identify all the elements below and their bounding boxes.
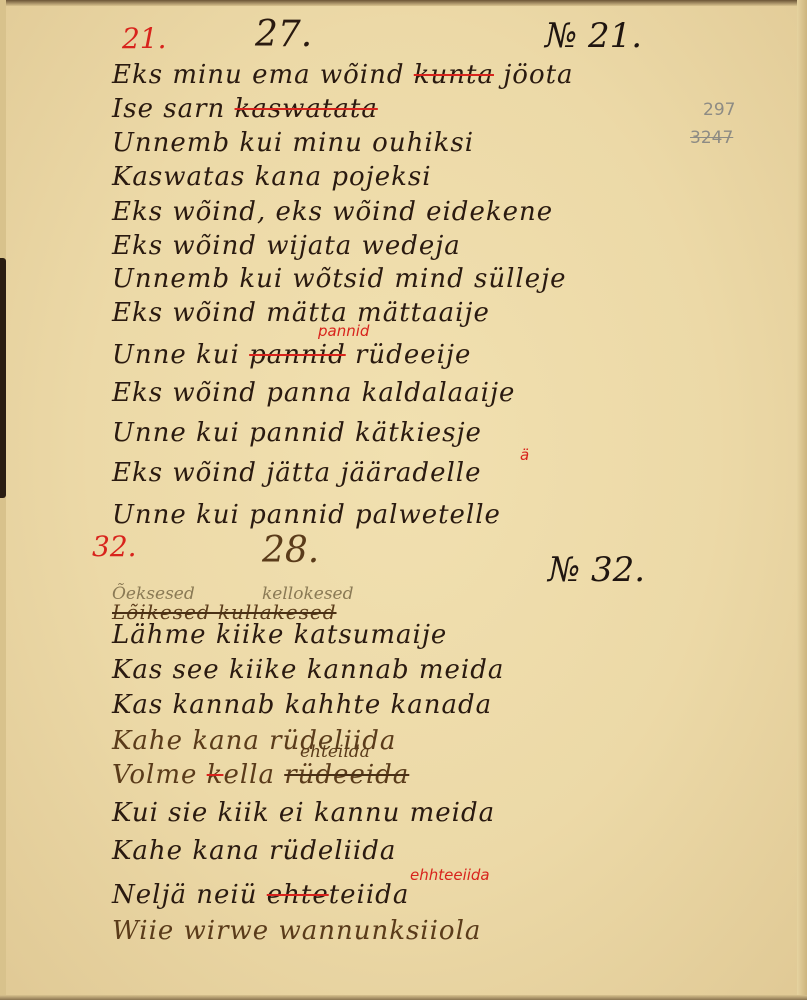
line-text: Kahe kana — [112, 726, 260, 756]
struck-word: pannid — [249, 340, 346, 370]
struck-word: ehte — [267, 880, 329, 910]
section-2-red-number: 32. — [92, 530, 137, 563]
archive-old-number: 3247 — [690, 128, 733, 148]
line-tail: ouhiksi — [372, 128, 474, 158]
poem-line: Wiie wirwe wannunksiiola — [112, 916, 481, 946]
archive-page-number: 297 — [703, 100, 735, 120]
line-tail: ella — [223, 760, 275, 790]
poem-line: Kaswatas kana pojeksi — [112, 162, 432, 192]
poem-line: Lähme kiike katsumaije — [112, 620, 447, 650]
page-left-edge — [0, 0, 6, 1000]
line-text: Neljä — [112, 880, 187, 910]
line-tail: teiida — [329, 880, 410, 910]
poem-line: Unnemb kui minu ouhiksi — [112, 128, 474, 158]
poem-line: Unne kui pannid rüdeeije — [112, 340, 471, 370]
line-text: Unne kui — [112, 340, 240, 370]
binding-shadow — [0, 258, 6, 498]
red-correction: ä — [520, 446, 529, 464]
poem-line: Ise sarn kaswatata — [112, 94, 378, 124]
line-text: Ise sarn — [112, 94, 225, 124]
poem-line: Neljä neiü ehteteiida — [112, 880, 409, 910]
line-tail: kaswatata — [235, 94, 378, 124]
poem-line: Eks wõind jätta jääradelle — [112, 458, 481, 488]
poem-line: Eks wõind wijata wedeja — [112, 231, 461, 261]
poem-line: Kas see kiike kannab meida — [112, 655, 504, 685]
red-correction: ehhteeiida — [410, 866, 490, 884]
line-tail: rüdeeije — [355, 340, 471, 370]
struck-word: rüdeeida — [284, 760, 409, 790]
poem-line: Unne kui pannid palwetelle — [112, 500, 501, 530]
section-1-red-number: 21. — [122, 22, 167, 55]
line-text: Eks minu ema wõind — [112, 60, 405, 90]
page-right-edge — [797, 0, 807, 1000]
poem-line: Unne kui pannid kätkiesje — [112, 418, 482, 448]
poem-line: Kas kannab kahhte kanada — [112, 690, 492, 720]
page-bottom-edge — [0, 995, 807, 1000]
poem-line: Eks wõind, eks wõind eidekene — [112, 197, 553, 227]
section-2-no-label: № 32. — [548, 550, 645, 590]
manuscript-page: 21. 27. № 21. 297 3247 Eks minu ema wõin… — [0, 0, 807, 1000]
poem-line: Volme kella rüdeeida — [112, 760, 409, 790]
section-1-no-label: № 21. — [545, 16, 642, 56]
line-text: Volme — [112, 760, 197, 790]
line-mid: neiü — [196, 880, 257, 910]
line-text: Unnemb kui minu — [112, 128, 363, 158]
section-2-ink-number: 28. — [262, 530, 319, 571]
page-top-edge — [0, 0, 807, 6]
section-1-ink-number: 27. — [255, 14, 312, 55]
line-tail: jöota — [503, 60, 573, 90]
poem-line: Eks wõind panna kaldalaaije — [112, 378, 515, 408]
ink-correction: ehteiida — [300, 742, 370, 762]
poem-line: Kui sie kiik ei kannu meida — [112, 798, 495, 828]
poem-line: Eks minu ema wõind kunta jöota — [112, 60, 574, 90]
struck-letter: k — [207, 760, 224, 790]
poem-line: Eks wõind mätta mättaaije — [112, 298, 490, 328]
poem-line: Kahe kana rüdeliida — [112, 836, 396, 866]
red-correction: pannid — [318, 322, 369, 340]
poem-line: Unnemb kui wõtsid mind sülleje — [112, 264, 567, 294]
struck-word: kunta — [414, 60, 494, 90]
